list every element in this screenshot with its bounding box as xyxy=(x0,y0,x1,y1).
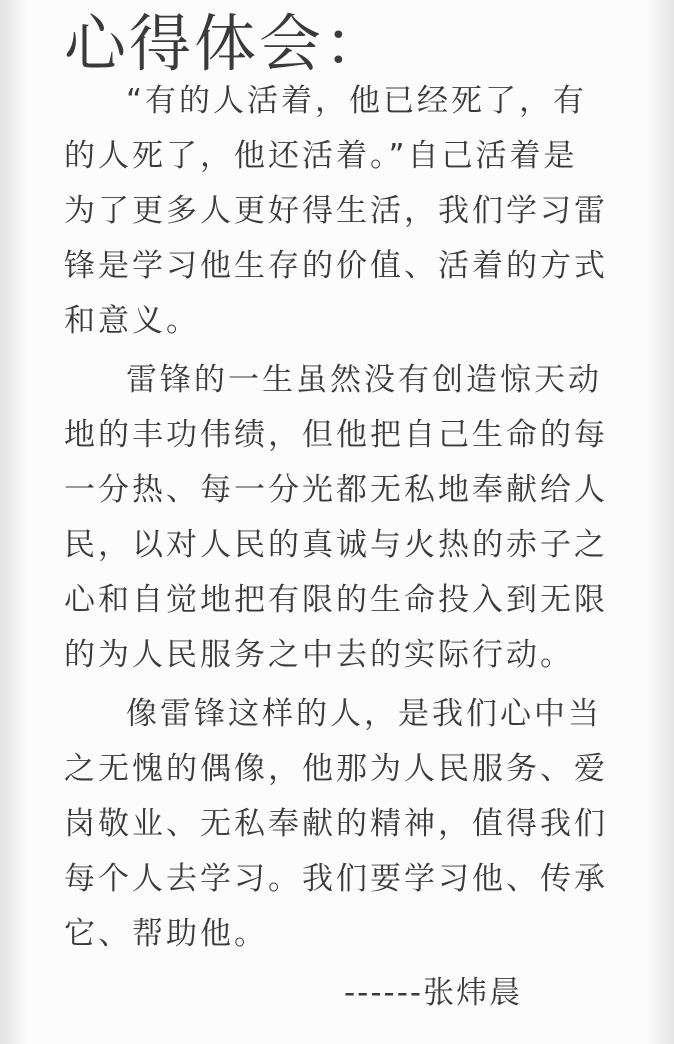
left-edge-shadow xyxy=(0,0,28,1044)
handwritten-note-page: 心得体会： “有的人活着，他已经死了，有的人死了，他还活着。”自己活着是为了更多… xyxy=(0,0,674,1044)
note-paragraph-leifeng-life: 雷锋的一生虽然没有创造惊天动地的丰功伟绩，但他把自己生命的每一分热、每一分光都无… xyxy=(64,353,610,683)
note-paragraph-quote: “有的人活着，他已经死了，有的人死了，他还活着。”自己活着是为了更多人更好得生活… xyxy=(64,74,610,349)
note-title: 心得体会： xyxy=(64,16,610,71)
signature: ------张炜晨 xyxy=(64,966,610,1021)
right-edge-shadow xyxy=(646,0,674,1044)
note-paragraph-idol: 像雷锋这样的人，是我们心中当之无愧的偶像，他那为人民服务、爱岗敬业、无私奉献的精… xyxy=(64,687,610,962)
note-content: 心得体会： “有的人活着，他已经死了，有的人死了，他还活着。”自己活着是为了更多… xyxy=(64,16,610,1021)
